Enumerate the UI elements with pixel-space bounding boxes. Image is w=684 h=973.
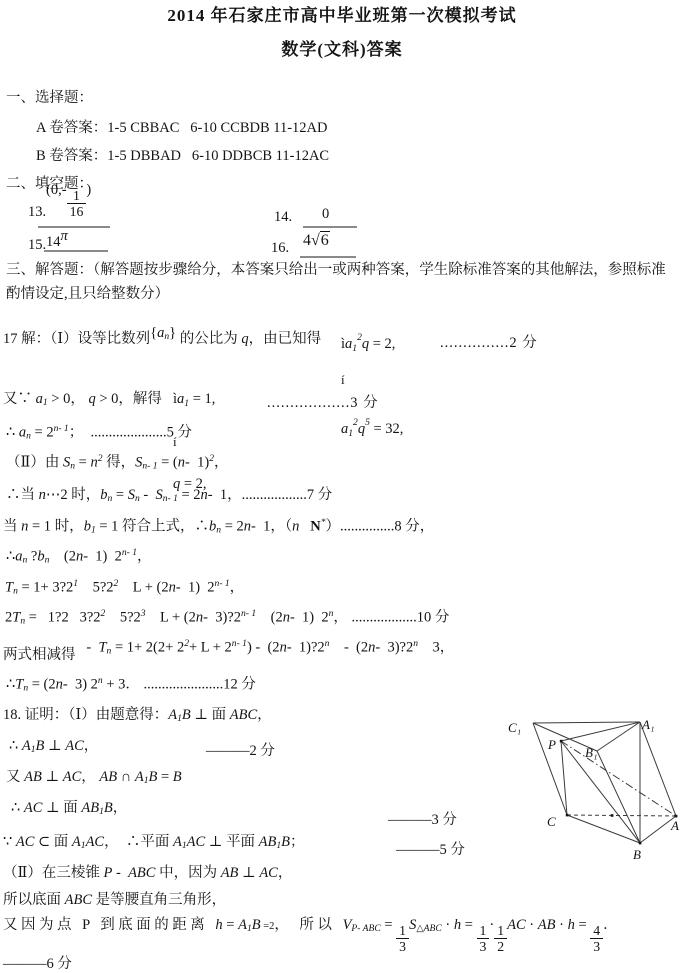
blank-13-label: 13. — [28, 203, 46, 221]
choice-row-a: A 卷答案：1-5 CBBAC 6-10 CCBDB 11-12AD — [36, 119, 328, 137]
system1-row1: ìa12q = 2, — [341, 329, 403, 346]
blank-16-answer: 4√6 — [303, 231, 330, 251]
q17-intro: 17 解：（Ⅰ）设等比数列{an} 的公比为 q，由已知得 — [3, 330, 321, 349]
q17-line-bn: ∴当 n⋯2 时，bn = Sn - Sn- 1 = 2n- 1，.......… — [6, 486, 332, 505]
blank-14-label: 14. — [274, 208, 292, 226]
prism-figure: C₁ A₁ P B₁ C A B — [495, 695, 684, 875]
page-title: 2014 年石家庄市高中毕业班第一次模拟考试 — [0, 5, 684, 26]
q18-line-8: 又因为点 P 到底面的距离 h = A1B =2， 所以 VP- ABC = 1… — [3, 916, 618, 954]
system1-row2: a12q5 = 32, — [341, 414, 403, 431]
figure-label-b: B — [633, 847, 641, 862]
answer-sheet-page: 2014 年石家庄市高中毕业班第一次模拟考试 数学(文科)答案 一、选择题： A… — [0, 0, 684, 973]
q18-line-2: ∴ A1B ⊥ AC， — [9, 737, 98, 756]
blank-16-label: 16. — [271, 239, 289, 257]
q18-score-3: ––––––3 分 — [388, 811, 457, 829]
q17-line-an: ∴ an = 2n- 1； .....................5 分 — [6, 423, 192, 443]
q18-line-3: 又 AB ⊥ AC， AB ∩ A1B = B — [6, 768, 182, 787]
q17-line-anbn: ∴an ?bn (2n- 1) 2n- 1， — [6, 547, 152, 567]
solutions-section-heading-2: 酌情设定,且只给整数分） — [6, 285, 169, 303]
blank-14-underline — [303, 226, 357, 228]
blank-15-answer: 14π — [46, 233, 68, 251]
q17-score-2: ...............2 分 — [440, 334, 538, 352]
figure-label-a1: A₁ — [641, 717, 654, 732]
q18-line-6: （Ⅱ）在三棱锥 P - ABC 中，因为 AB ⊥ AC， — [3, 864, 292, 882]
q18-line-5: ∵ AC ⊂ 面 A1AC， ∴平面 A1AC ⊥ 平面 AB1B； — [3, 833, 305, 852]
q17-line-sn: （Ⅱ）由 Sn = n2 得，Sn- 1 = (n- 1)2， — [6, 453, 228, 473]
q18-score-6: ––––––6 分 — [3, 955, 72, 973]
blank-13-underline — [38, 226, 110, 228]
blank-16-underline — [300, 256, 356, 258]
solutions-section-heading-1: 三、解答题：（解答题按步骤给分，本答案只给出一或两种答案，学生除标准答案的其他解… — [6, 261, 666, 279]
q18-line-1: 18. 证明：（Ⅰ）由题意得：A1B ⊥ 面 ABC， — [3, 706, 272, 725]
q18-line-4: ∴ AC ⊥ 面 AB1B， — [11, 799, 127, 818]
figure-label-c1: C₁ — [508, 720, 521, 735]
q17-line-subtract: 两式相减得 - Tn = 1+ 2(2+ 22+ L + 2n- 1) - (2… — [3, 638, 454, 658]
q17-line-2tn: 2Tn = 1?2 3?22 5?23 L + (2n- 3)?2n- 1 (2… — [5, 608, 449, 628]
page-subtitle: 数学(文科)答案 — [0, 39, 684, 60]
q18-score-5: ––––––5 分 — [396, 841, 465, 859]
figure-label-a: A — [670, 818, 679, 833]
q18-line-7: 所以底面 ABC 是等腰直角三角形， — [3, 891, 226, 909]
q18-score-2: ––––––2 分 — [206, 742, 275, 760]
blank-15-underline — [44, 250, 108, 252]
figure-label-p: P — [547, 737, 556, 752]
system2-row1: ìa1 = 1, — [173, 391, 215, 408]
q17-line-also: 又∵ a1 > 0， q > 0，解得 — [3, 390, 162, 409]
choice-section-heading: 一、选择题： — [6, 89, 93, 107]
figure-label-c: C — [547, 814, 556, 829]
q17-equation-system-1: ìa12q = 2, í a12q5 = 32, — [341, 300, 403, 460]
q17-score-3: ..................3 分 — [267, 394, 379, 412]
q17-line-tn: Tn = 1+ 3?21 5?22 L + (2n- 1) 2n- 1， — [5, 578, 244, 598]
choice-row-b: B 卷答案：1-5 DBBAD 6-10 DDBCB 11-12AC — [36, 147, 329, 165]
q17-line-b1: 当 n = 1 时，b1 = 1 符合上式，∴bn = 2n- 1，（n N*）… — [3, 517, 434, 537]
figure-label-b1: B₁ — [585, 745, 597, 760]
blank-13-answer: (0,-116) — [46, 181, 91, 219]
brace-glyph: í — [341, 375, 403, 385]
blank-14-answer: 0 — [322, 205, 329, 223]
q17-line-result: ∴Tn = (2n- 3) 2n + 3． ..................… — [6, 675, 256, 695]
